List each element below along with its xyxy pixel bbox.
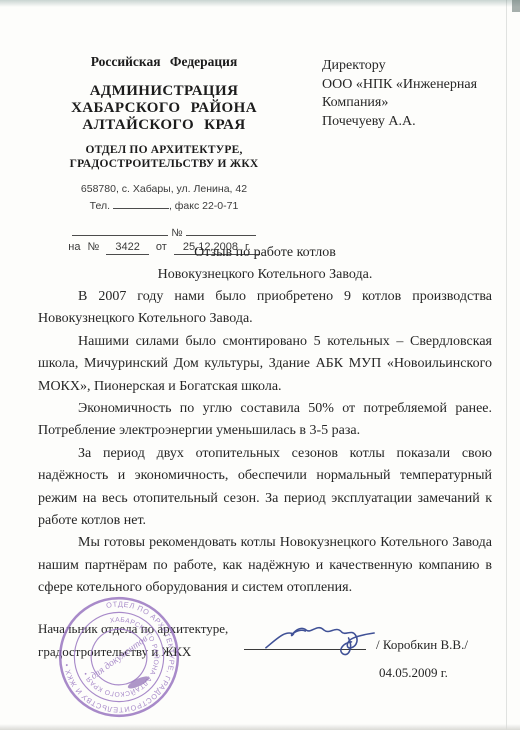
scan-edge-top	[0, 0, 520, 7]
title-line: Отзыв по работе котлов	[38, 242, 492, 264]
ref-number-line: №	[26, 225, 302, 239]
org-line: ХАБАРСКОГО РАЙОНА	[26, 100, 302, 117]
fax-label: , факс 22-0-71	[169, 200, 238, 212]
paragraph: За период двух отопительных сезонов котл…	[38, 443, 492, 533]
paragraph: Мы готовы рекомендовать котлы Новокузнец…	[38, 532, 492, 599]
number-sign: №	[171, 227, 182, 239]
addressee-company: ООО «НПК «Инженерная	[322, 76, 502, 95]
handwritten-signature	[262, 608, 380, 660]
letter-body: В 2007 году нами было приобретено 9 котл…	[38, 286, 492, 600]
title-line: Новокузнецкого Котельного Завода.	[38, 264, 492, 286]
org-line: АЛТАЙСКОГО КРАЯ	[26, 117, 302, 134]
official-round-stamp-icon: ОТДЕЛ ПО АРХИТЕКТУРЕ, ГРАДОСТРОИТЕЛЬСТВУ…	[43, 581, 196, 730]
letterhead-phone: Тел. , факс 22-0-71	[26, 198, 302, 212]
org-line: АДМИНИСТРАЦИЯ	[26, 83, 302, 100]
letter-date: 04.05.2009 г.	[379, 665, 448, 681]
addressee-person: Почечуеву А.А.	[322, 113, 502, 132]
addressee-company: Компания»	[322, 94, 502, 113]
letterhead: Российская Федерация АДМИНИСТРАЦИЯ ХАБАР…	[26, 54, 302, 255]
blank-line	[72, 225, 168, 236]
letterhead-department: ОТДЕЛ ПО АРХИТЕКТУРЕ, ГРАДОСТРОИТЕЛЬСТВУ…	[26, 144, 302, 171]
phone-label: Тел.	[90, 200, 110, 212]
paragraph: Нашими силами было смонтировано 5 котель…	[38, 331, 492, 398]
dept-line: ГРАДОСТРОИТЕЛЬСТВУ И ЖКХ	[26, 158, 302, 172]
paragraph: В 2007 году нами было приобретено 9 котл…	[38, 286, 492, 331]
document-page: Российская Федерация АДМИНИСТРАЦИЯ ХАБАР…	[0, 0, 520, 730]
dept-line: ОТДЕЛ ПО АРХИТЕКТУРЕ,	[26, 144, 302, 158]
scan-line-right	[506, 0, 507, 730]
addressee-block: Директору ООО «НПК «Инженерная Компания»…	[322, 57, 502, 131]
paragraph: Экономичность по углю составила 50% от п…	[38, 398, 492, 443]
signatory-name: / Коробкин В.В./	[376, 637, 468, 653]
letterhead-country: Российская Федерация	[26, 54, 302, 70]
blank-line	[113, 198, 169, 209]
letterhead-address: 658780, с. Хабары, ул. Ленина, 42	[26, 183, 302, 195]
scan-corner-mark	[512, 0, 520, 12]
addressee-role: Директору	[322, 57, 502, 76]
letter-title: Отзыв по работе котлов Новокузнецкого Ко…	[38, 242, 492, 286]
letterhead-org-name: АДМИНИСТРАЦИЯ ХАБАРСКОГО РАЙОНА АЛТАЙСКО…	[26, 83, 302, 134]
blank-line	[186, 225, 256, 236]
